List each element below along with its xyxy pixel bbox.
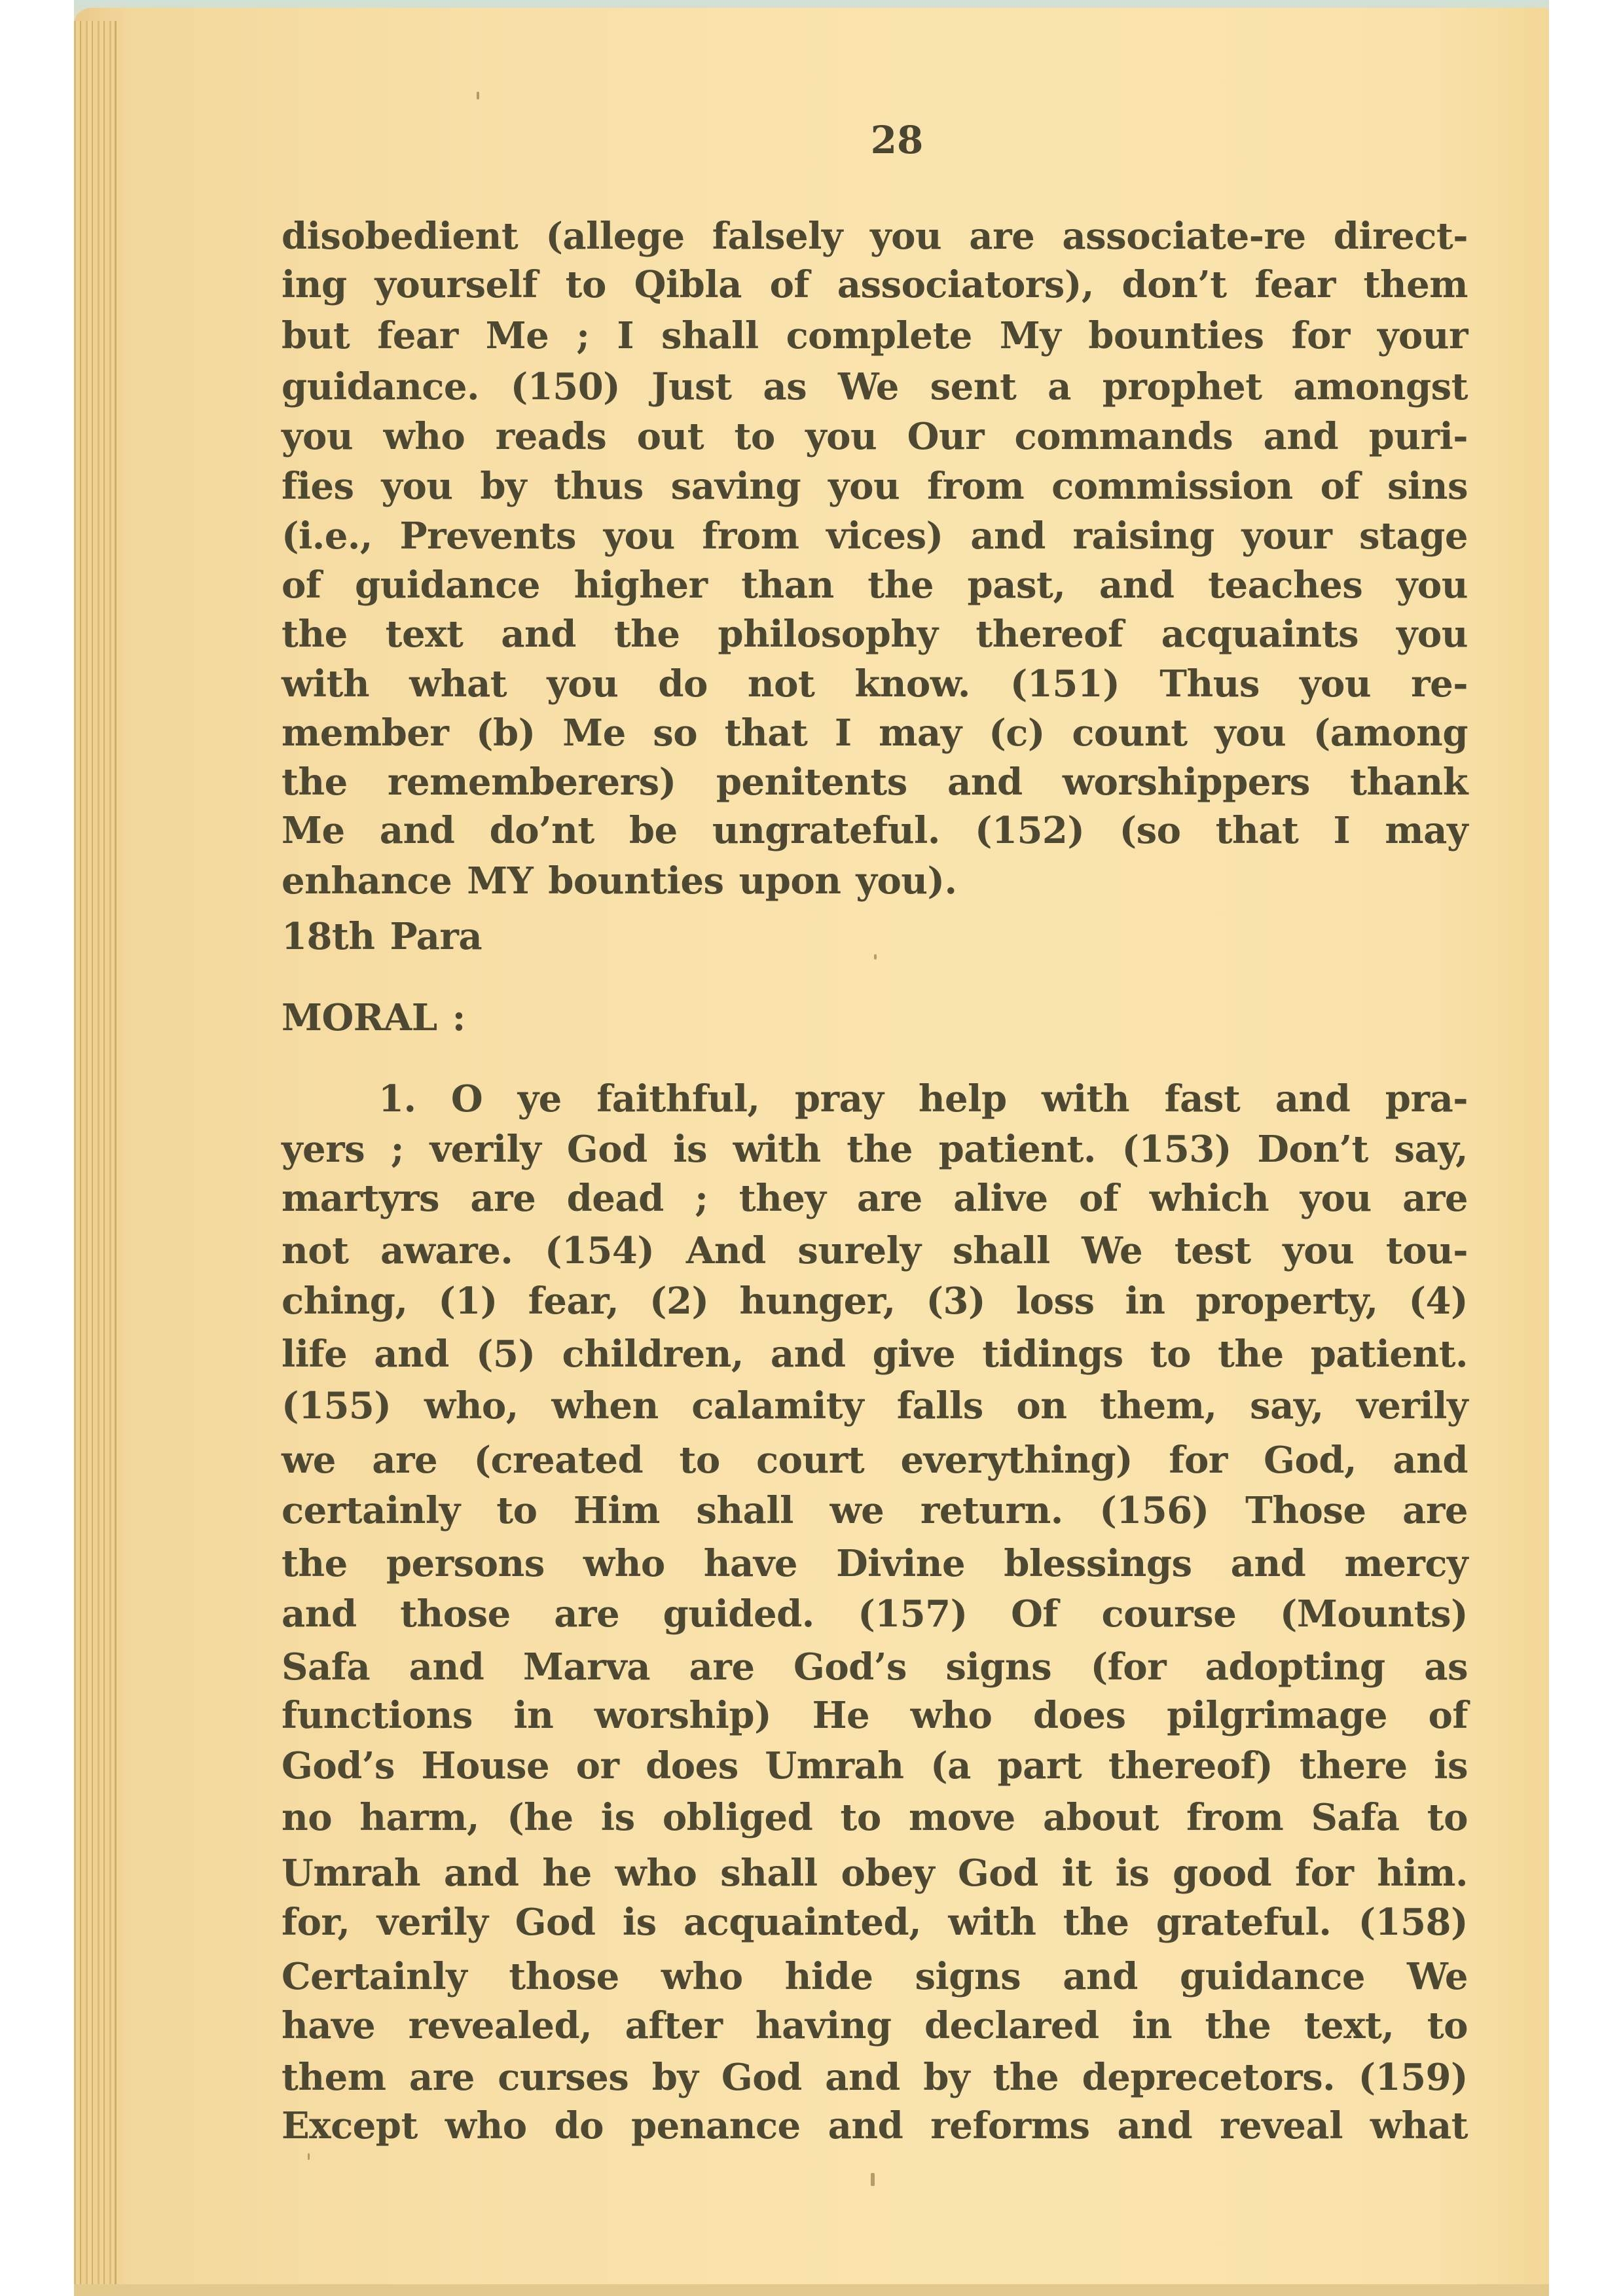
text-line: (i.e., Prevents you from vices) and rais… [282,512,1468,560]
text-line: of guidance higher than the past, and te… [282,561,1468,609]
text-line: the rememberers) penitents and worshippe… [282,758,1468,806]
text-line: the text and the philosophy thereof acqu… [282,610,1468,658]
text-line: fies you by thus saving you from commiss… [282,462,1468,511]
text-line: no harm, (he is obliged to move about fr… [282,1793,1468,1842]
text-line: (155) who, when calamity falls on them, … [282,1382,1468,1430]
text-line: Safa and Marva are God’s signs (for adop… [282,1643,1468,1691]
text-line: disobedient (allege falsely you are asso… [282,212,1468,260]
paper-speck [308,2153,310,2160]
text-line: yers ; verily God is with the patient. (… [282,1125,1468,1174]
page-bottom-edge [74,2284,1549,2296]
paper-speck [477,92,479,99]
text-line: them are curses by God and by the deprec… [282,2053,1468,2102]
text-line: Certainly those who hide signs and guida… [282,1952,1468,2001]
text-line: ching, (1) fear, (2) hunger, (3) loss in… [282,1277,1468,1325]
text-line: but fear Me ; I shall complete My bounti… [282,312,1468,360]
moral-heading: MORAL : [282,994,1468,1042]
text-line: have revealed, after having declared in … [282,2001,1468,2050]
text-line: 1. O ye faithful, pray help with fast an… [378,1075,1468,1123]
spine-line [115,21,117,2296]
text-line: martyrs are dead ; they are alive of whi… [282,1174,1468,1223]
text-line: the persons who have Divine blessings an… [282,1539,1468,1588]
page-number: 28 [845,118,949,162]
text-line: certainly to Him shall we return. (156) … [282,1486,1468,1535]
text-line: for, verily God is acquainted, with the … [282,1898,1468,1946]
text-line: we are (created to court everything) for… [282,1436,1468,1484]
text-line: guidance. (150) Just as We sent a prophe… [282,363,1468,411]
text-line: Umrah and he who shall obey God it is go… [282,1849,1468,1897]
text-line: functions in worship) He who does pilgri… [282,1691,1468,1740]
text-line: member (b) Me so that I may (c) count yo… [282,709,1468,757]
text-line: God’s House or does Umrah (a part thereo… [282,1742,1468,1790]
text-line: you who reads out to you Our commands an… [282,412,1468,461]
text-line: Me and do’nt be ungrateful. (152) (so th… [282,806,1468,855]
text-line: with what you do not know. (151) Thus yo… [282,660,1468,708]
text-line: Except who do penance and reforms and re… [282,2102,1468,2150]
paper-speck [874,954,877,960]
text-line: enhance MY bounties upon you). [282,857,1468,905]
paper-speck [871,2173,875,2186]
text-line: ing yourself to Qibla of associators), d… [282,260,1468,309]
section-label: 18th Para [282,912,1468,961]
text-line: life and (5) children, and give tidings … [282,1330,1468,1378]
page-edges [74,21,113,2296]
text-line: and those are guided. (157) Of course (M… [282,1590,1468,1638]
text-line: not aware. (154) And surely shall We tes… [282,1227,1468,1275]
